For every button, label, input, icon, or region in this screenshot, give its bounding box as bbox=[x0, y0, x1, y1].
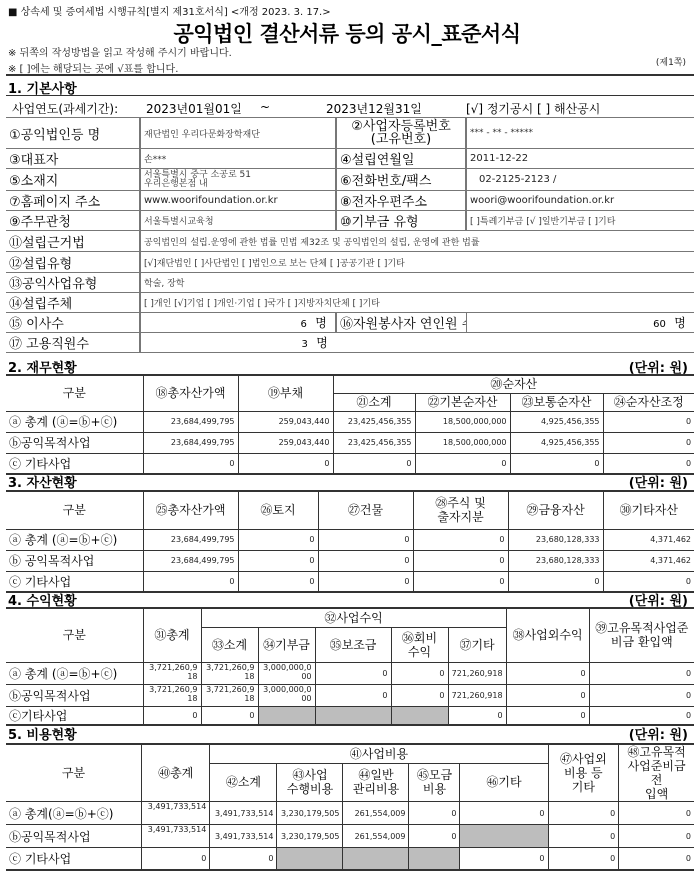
col-net-assets: ⑳순자산 bbox=[333, 375, 694, 393]
section3-title: 3. 자산현황 bbox=[8, 472, 77, 491]
cell: 0 bbox=[603, 571, 694, 592]
directors-label: ⑮ 이사수 bbox=[6, 313, 140, 333]
cell: 23,425,456,355 bbox=[333, 432, 415, 453]
cell: 0 bbox=[210, 848, 277, 870]
table-row: ⓒ 기타사업 0 0 0 0 0 0 bbox=[6, 453, 694, 474]
col-non-business-cost: ㊼사업외 비용 등 기타 bbox=[548, 744, 619, 802]
cell: 0 bbox=[413, 550, 508, 571]
col-fee-line1: ㊱회비 bbox=[395, 631, 445, 645]
col-land: ㉖토지 bbox=[238, 491, 318, 529]
col-reserve-line1: ㊽고유목적 bbox=[622, 745, 691, 759]
col-subtotal: ㊷소계 bbox=[210, 763, 277, 801]
legal-basis-value: 공익법인의 설립.운영에 관한 법률 민법 제32조 및 공익법인의 설립, 운… bbox=[140, 231, 694, 252]
col-nonbiz-line2: 비용 등 bbox=[552, 766, 616, 780]
phone-fax-label: ⑥전화번호/팩스 bbox=[336, 169, 466, 191]
cell: 23,684,499,795 bbox=[143, 432, 238, 453]
cell: 3,491,733,514 bbox=[142, 825, 210, 848]
table-row: ⓐ 총계 (ⓐ=ⓑ+ⓒ) 23,684,499,795 259,043,440 … bbox=[6, 411, 694, 432]
cell: 3,721,260,918 bbox=[201, 662, 258, 684]
representative-label: ③대표자 bbox=[6, 149, 140, 169]
financial-status-table: 구분 ⑱총자산가액 ⑲부채 ⑳순자산 ㉑소계 ㉒기본순자산 ㉓보통순자산 ㉔순자… bbox=[6, 374, 694, 475]
email-value[interactable]: woori@woorifoundation.or.kr bbox=[466, 191, 694, 211]
cell: 0 bbox=[548, 802, 619, 825]
cell: 0 bbox=[409, 825, 460, 848]
disclosure-type[interactable]: [√] 정기공시 [ ] 해산공시 bbox=[466, 100, 600, 117]
empty-cell bbox=[336, 333, 466, 353]
cell: 3,491,733,514 bbox=[210, 802, 277, 825]
table-row: ⓑ공익목적사업 23,684,499,795 259,043,440 23,42… bbox=[6, 432, 694, 453]
cell: 0 bbox=[391, 662, 448, 684]
col-reserve-line2: 비금 환입액 bbox=[593, 635, 692, 649]
table-row: ⓒ 기타사업 0 0 0 0 0 0 bbox=[6, 571, 694, 592]
col-reserve-line2: 사업준비금전 bbox=[622, 759, 691, 787]
cell: 721,260,918 bbox=[448, 684, 506, 706]
directors-value: 6 명 bbox=[140, 313, 336, 333]
founder-value[interactable]: [ ]개인 [√]기업 [ ]개인·기업 [ ]국가 [ ]지방자치단체 [ ]… bbox=[140, 293, 694, 313]
cell: 3,721,260,918 bbox=[143, 662, 201, 684]
section5-title: 5. 비용현황 bbox=[8, 724, 77, 743]
cell: 18,500,000,000 bbox=[415, 411, 510, 432]
row-label: ⓑ공익목적사업 bbox=[6, 432, 143, 453]
cell: 0 bbox=[318, 550, 413, 571]
email-label: ⑧전자우편주소 bbox=[336, 191, 466, 211]
cell: 0 bbox=[508, 571, 603, 592]
col-subsidy: ㉟보조금 bbox=[315, 627, 391, 662]
table-row: ⓑ공익목적사업 3,721,260,918 3,721,260,918 3,00… bbox=[6, 684, 694, 706]
cell: 3,491,733,514 bbox=[210, 825, 277, 848]
cell-na bbox=[391, 706, 448, 725]
col-total-assets: ⑱총자산가액 bbox=[143, 375, 238, 411]
col-nonbiz-line1: ㊼사업외 bbox=[552, 752, 616, 766]
volunteers-value: 60 명 bbox=[466, 313, 694, 333]
empty-cell bbox=[466, 333, 694, 353]
cell: 0 bbox=[143, 453, 238, 474]
cell: 259,043,440 bbox=[238, 432, 333, 453]
instruction-note-2: ※ [ ]에는 해당되는 곳에 √표를 합니다. bbox=[8, 60, 178, 75]
row-label: ⓐ 총계 (ⓐ=ⓑ+ⓒ) bbox=[6, 662, 143, 684]
col-category: 구분 bbox=[6, 375, 143, 411]
row-label: ⓑ공익목적사업 bbox=[6, 684, 143, 706]
cell: 0 bbox=[603, 411, 694, 432]
fiscal-year-label: 사업연도(과세기간): bbox=[12, 100, 118, 117]
col-category: 구분 bbox=[6, 608, 143, 662]
table-row: ⓑ공익목적사업 3,491,733,514 3,491,733,514 3,23… bbox=[6, 825, 694, 848]
col-liabilities: ⑲부채 bbox=[238, 375, 333, 411]
row-label: ⓑ 공익목적사업 bbox=[6, 550, 143, 571]
row-label: ⓐ 총계 (ⓐ=ⓑ+ⓒ) bbox=[6, 529, 143, 550]
section5-unit: (단위: 원) bbox=[629, 724, 688, 743]
col-other: ㊻기타 bbox=[460, 763, 548, 801]
cell: 0 bbox=[143, 706, 201, 725]
cell: 0 bbox=[603, 432, 694, 453]
col-total: ㉛총계 bbox=[143, 608, 201, 662]
table-row: ⓒ기타사업 0 0 0 0 0 bbox=[6, 706, 694, 725]
cell: 0 bbox=[619, 848, 694, 870]
table-row: ⓑ 공익목적사업 23,684,499,795 0 0 0 23,680,128… bbox=[6, 550, 694, 571]
establishment-type-value[interactable]: [√]재단법인 [ ]사단법인 [ ]법인으로 보는 단체 [ ]공공기관 [ … bbox=[140, 252, 694, 273]
cell: 0 bbox=[589, 684, 694, 706]
col-reserve-line3: 입액 bbox=[622, 787, 691, 801]
cell: 0 bbox=[413, 571, 508, 592]
col-financial-assets: ㉙금융자산 bbox=[508, 491, 603, 529]
col-reserve-reversal: ㊴고유목적사업준 비금 환입액 bbox=[589, 608, 694, 662]
col-perform-line2: 수행비용 bbox=[280, 782, 339, 796]
cell: 3,230,179,505 bbox=[277, 802, 343, 825]
legal-basis-label: ⑪설립근거법 bbox=[6, 231, 140, 252]
row-label: ⓒ 기타사업 bbox=[6, 571, 143, 592]
col-stock-line2: 출자지분 bbox=[417, 510, 505, 524]
person-unit: 명 bbox=[311, 334, 333, 351]
table-row: ⓐ 총계 (ⓐ=ⓑ+ⓒ) 23,684,499,795 0 0 0 23,680… bbox=[6, 529, 694, 550]
cell: 3,000,000,000 bbox=[258, 662, 315, 684]
cell: 0 bbox=[548, 825, 619, 848]
cell: 23,680,128,333 bbox=[508, 550, 603, 571]
col-fund-line2: 비용 bbox=[412, 782, 456, 796]
row-label: ⓑ공익목적사업 bbox=[6, 825, 142, 848]
founder-label: ⑭설립주체 bbox=[6, 293, 140, 313]
col-admin-line1: ㊹일반 bbox=[346, 768, 405, 782]
legal-reference: ■ 상속세 및 증여세법 시행규칙[별지 제31호서식] <개정 2023. 3… bbox=[8, 3, 331, 18]
cell: 0 bbox=[460, 802, 548, 825]
cell: 0 bbox=[238, 550, 318, 571]
cell-na bbox=[409, 848, 460, 870]
table-row: ⓐ 총계(ⓐ=ⓑ+ⓒ) 3,491,733,514 3,491,733,514 … bbox=[6, 802, 694, 825]
table-row: ⓐ 총계 (ⓐ=ⓑ+ⓒ) 3,721,260,918 3,721,260,918… bbox=[6, 662, 694, 684]
cell: 0 bbox=[142, 848, 210, 870]
page-number: (제1쪽) bbox=[656, 55, 686, 68]
row-label: ⓒ 기타사업 bbox=[6, 848, 142, 870]
section3-unit: (단위: 원) bbox=[629, 472, 688, 491]
homepage-value[interactable]: www.woorifoundation.or.kr bbox=[140, 191, 336, 211]
biz-reg-no-label-line2: (고유번호) bbox=[340, 133, 462, 146]
row-label: ⓒ기타사업 bbox=[6, 706, 143, 725]
volunteers-label: ⑯자원봉사자 연인원 수 bbox=[336, 313, 466, 333]
establishment-date-label: ④설립연월일 bbox=[336, 149, 466, 169]
col-fee-line2: 수익 bbox=[395, 645, 445, 659]
cell: 0 bbox=[413, 529, 508, 550]
cell: 3,721,260,918 bbox=[201, 684, 258, 706]
col-net-asset-adjustment: ㉔순자산조정 bbox=[603, 393, 694, 411]
col-total-assets: ㉕총자산가액 bbox=[143, 491, 238, 529]
cell: 0 bbox=[460, 848, 548, 870]
authority-label: ⑨주무관청 bbox=[6, 211, 140, 231]
col-business-cost: ㊶사업비용 bbox=[210, 744, 548, 763]
col-reserve-line1: ㊴고유목적사업준 bbox=[593, 621, 692, 635]
fiscal-start: 2023년01월01일 bbox=[146, 100, 242, 117]
cell: 0 bbox=[415, 453, 510, 474]
cell: 0 bbox=[548, 848, 619, 870]
business-type-label: ⑬공익사업유형 bbox=[6, 273, 140, 293]
cell: 0 bbox=[619, 825, 694, 848]
cell: 0 bbox=[143, 571, 238, 592]
cell: 0 bbox=[619, 802, 694, 825]
cell: 0 bbox=[506, 662, 589, 684]
fiscal-end: 2023년12월31일 bbox=[326, 100, 422, 117]
biz-reg-no-label: ②사업자등록번호 (고유번호) bbox=[336, 118, 466, 149]
authority-value: 서울특별시교육청 bbox=[140, 211, 336, 231]
divider bbox=[6, 74, 694, 76]
establishment-date-value: 2011-12-22 bbox=[466, 149, 694, 169]
cell-na bbox=[277, 848, 343, 870]
cell: 4,925,456,355 bbox=[510, 432, 603, 453]
cell: 0 bbox=[238, 453, 333, 474]
cell: 0 bbox=[238, 571, 318, 592]
cell: 261,554,009 bbox=[343, 802, 409, 825]
col-building: ㉗건물 bbox=[318, 491, 413, 529]
org-name-label: ①공익법인등 명 bbox=[6, 118, 140, 149]
person-unit: 명 bbox=[310, 314, 332, 331]
col-fund-line1: ㊺모금 bbox=[412, 768, 456, 782]
col-fundraising-cost: ㊺모금 비용 bbox=[409, 763, 460, 801]
cell: 0 bbox=[315, 684, 391, 706]
homepage-label: ⑦홈페이지 주소 bbox=[6, 191, 140, 211]
col-stock-line1: ㉘주식 및 bbox=[417, 496, 505, 510]
cell: 0 bbox=[506, 684, 589, 706]
cell: 0 bbox=[603, 453, 694, 474]
cell: 4,371,462 bbox=[603, 550, 694, 571]
cell: 23,684,499,795 bbox=[143, 411, 238, 432]
cell: 0 bbox=[506, 706, 589, 725]
revenue-status-table: 구분 ㉛총계 ㉜사업수익 ㊳사업외수익 ㊴고유목적사업준 비금 환입액 ㉝소계 … bbox=[6, 607, 694, 726]
cell: 0 bbox=[318, 571, 413, 592]
cell: 0 bbox=[318, 529, 413, 550]
col-nonbiz-line3: 기타 bbox=[552, 780, 616, 794]
cell: 0 bbox=[333, 453, 415, 474]
establishment-type-label: ⑫설립유형 bbox=[6, 252, 140, 273]
row-label: ⓐ 총계(ⓐ=ⓑ+ⓒ) bbox=[6, 802, 142, 825]
donation-type-value[interactable]: [ ]특례기부금 [√ ]일반기부금 [ ]기타 bbox=[466, 211, 694, 231]
cell: 3,000,000,000 bbox=[258, 684, 315, 706]
row-label: ⓒ 기타사업 bbox=[6, 453, 143, 474]
divider bbox=[6, 95, 694, 96]
directors-count: 6 bbox=[300, 319, 306, 330]
col-admin-cost: ㊹일반 관리비용 bbox=[343, 763, 409, 801]
employees-count: 3 bbox=[301, 339, 307, 350]
asset-status-table: 구분 ㉕총자산가액 ㉖토지 ㉗건물 ㉘주식 및 출자지분 ㉙금융자산 ㉚기타자산… bbox=[6, 490, 694, 593]
address-value: 서울특별시 중구 소공로 51 우리은행본점 내 bbox=[140, 169, 336, 191]
cell: 3,230,179,505 bbox=[277, 825, 343, 848]
expense-status-table: 구분 ㊵총계 ㊶사업비용 ㊼사업외 비용 등 기타 ㊽고유목적 사업준비금전 입… bbox=[6, 743, 694, 871]
col-common-net-assets: ㉓보통순자산 bbox=[510, 393, 603, 411]
col-business-revenue: ㉜사업수익 bbox=[201, 608, 506, 627]
cell: 0 bbox=[201, 706, 258, 725]
cell: 259,043,440 bbox=[238, 411, 333, 432]
representative-value: 손*** bbox=[140, 149, 336, 169]
row-label: ⓐ 총계 (ⓐ=ⓑ+ⓒ) bbox=[6, 411, 143, 432]
address-line2: 우리은행본점 내 bbox=[144, 180, 332, 189]
cell: 23,684,499,795 bbox=[143, 550, 238, 571]
col-non-business-revenue: ㊳사업외수익 bbox=[506, 608, 589, 662]
business-type-value: 학술, 장학 bbox=[140, 273, 694, 293]
col-donation: ㉞기부금 bbox=[258, 627, 315, 662]
cell: 0 bbox=[589, 662, 694, 684]
cell: 4,925,456,355 bbox=[510, 411, 603, 432]
cell: 0 bbox=[238, 529, 318, 550]
cell: 0 bbox=[510, 453, 603, 474]
col-performance-cost: ㊸사업 수행비용 bbox=[277, 763, 343, 801]
cell: 3,721,260,918 bbox=[143, 684, 201, 706]
col-perform-line1: ㊸사업 bbox=[280, 768, 339, 782]
volunteers-count: 60 bbox=[653, 319, 666, 330]
col-stock: ㉘주식 및 출자지분 bbox=[413, 491, 508, 529]
cell-na bbox=[460, 825, 548, 848]
cell-na bbox=[315, 706, 391, 725]
instruction-note-1: ※ 뒤쪽의 작성방법을 읽고 작성해 주시기 바랍니다. bbox=[8, 44, 232, 59]
col-subtotal: ㉝소계 bbox=[201, 627, 258, 662]
employees-value: 3 명 bbox=[140, 333, 336, 353]
employees-label: ⑰ 고용직원수 bbox=[6, 333, 140, 353]
cell: 23,425,456,355 bbox=[333, 411, 415, 432]
basic-info-table: ①공익법인등 명 재단법인 우리다문화장학재단 ②사업자등록번호 (고유번호) … bbox=[6, 117, 694, 353]
cell: 0 bbox=[448, 706, 506, 725]
cell: 0 bbox=[589, 706, 694, 725]
biz-reg-no-value: *** - ** - ***** bbox=[466, 118, 694, 149]
cell: 0 bbox=[315, 662, 391, 684]
donation-type-label: ⑩기부금 유형 bbox=[336, 211, 466, 231]
person-unit: 명 bbox=[669, 314, 691, 331]
cell: 3,491,733,514 bbox=[142, 802, 210, 825]
org-name-value: 재단법인 우리다문화장학재단 bbox=[140, 118, 336, 149]
cell: 0 bbox=[409, 802, 460, 825]
cell: 721,260,918 bbox=[448, 662, 506, 684]
cell: 0 bbox=[391, 684, 448, 706]
cell: 4,371,462 bbox=[603, 529, 694, 550]
col-subtotal: ㉑소계 bbox=[333, 393, 415, 411]
col-category: 구분 bbox=[6, 744, 142, 802]
col-other-assets: ㉚기타자산 bbox=[603, 491, 694, 529]
col-total: ㊵총계 bbox=[142, 744, 210, 802]
cell-na bbox=[343, 848, 409, 870]
col-admin-line2: 관리비용 bbox=[346, 782, 405, 796]
cell: 23,684,499,795 bbox=[143, 529, 238, 550]
cell-na bbox=[258, 706, 315, 725]
col-basic-net-assets: ㉒기본순자산 bbox=[415, 393, 510, 411]
cell: 23,680,128,333 bbox=[508, 529, 603, 550]
col-reserve-transfer: ㊽고유목적 사업준비금전 입액 bbox=[619, 744, 694, 802]
col-membership-fee: ㊱회비 수익 bbox=[391, 627, 448, 662]
address-label: ⑤소재지 bbox=[6, 169, 140, 191]
col-other: ㊲기타 bbox=[448, 627, 506, 662]
fiscal-separator: ~ bbox=[260, 100, 270, 114]
table-row: ⓒ 기타사업 0 0 0 0 0 bbox=[6, 848, 694, 870]
col-category: 구분 bbox=[6, 491, 143, 529]
phone-fax-value: 02-2125-2123 / bbox=[466, 169, 694, 191]
cell: 18,500,000,000 bbox=[415, 432, 510, 453]
cell: 261,554,009 bbox=[343, 825, 409, 848]
